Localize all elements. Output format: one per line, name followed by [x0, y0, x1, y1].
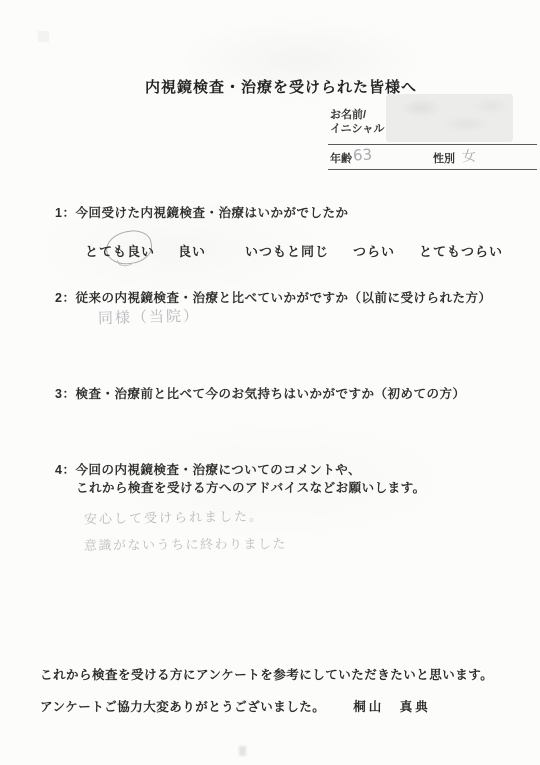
name-field-underline [328, 144, 537, 145]
question-1-label: 1：今回受けた内視鏡検査・治療はいかがでしたか [55, 203, 348, 221]
age-value-handwritten: 63 [352, 145, 372, 164]
question-4-handwritten-line2: 意識がないうちに終わりました [84, 533, 287, 554]
name-label-line2: イニシャル [330, 122, 384, 136]
footer-thanks-text: アンケートご協力大変ありがとうございました。 [40, 700, 325, 714]
option-totemo-yoi: とても良い [85, 241, 155, 260]
scan-artifact-bottom [239, 746, 246, 756]
gender-label: 性別 [433, 150, 455, 166]
footer-note: これから検査を受ける方にアンケートを参考にしていただきたいと思います。 [40, 665, 493, 683]
question-4-handwritten-line1: 安心して受けられました。 [84, 505, 264, 527]
name-value-redaction-patch [386, 94, 513, 142]
name-label-line1: お名前/ [330, 108, 384, 122]
age-label: 年齢 [330, 150, 352, 166]
option-yoi: 良い [178, 241, 206, 260]
scanned-questionnaire-page: 内視鏡検査・治療を受けられた皆様へ お名前/ イニシャル 年齢 63 性別 女 … [0, 0, 540, 765]
question-2-handwritten-answer: 同様（当院） [98, 305, 201, 329]
question-4-label-line2: これから検査を受ける方へのアドバイスなどお願いします。 [76, 478, 426, 496]
name-initial-label: お名前/ イニシャル [330, 108, 384, 136]
signature-name: 桐山 真典 [353, 700, 431, 714]
option-totemo-tsurai: とてもつらい [419, 241, 503, 260]
age-gender-underline [328, 169, 537, 170]
option-tsurai: つらい [353, 241, 395, 260]
question-4-label-line1: 4：今回の内視鏡検査・治療についてのコメントや、 [55, 460, 361, 478]
option-itsumo-to-onaji: いつもと同じ [245, 241, 329, 260]
question-3-label: 3：検査・治療前と比べて今のお気持ちはいかがですか（初めての方） [55, 384, 465, 402]
gender-value-handwritten: 女 [461, 146, 476, 167]
footer-thanks: アンケートご協力大変ありがとうございました。桐山 真典 [40, 697, 431, 715]
question-2-label: 2：従来の内視鏡検査・治療と比べていかがですか（以前に受けられた方） [55, 288, 491, 306]
page-title: 内視鏡検査・治療を受けられた皆様へ [145, 76, 417, 97]
scan-artifact-top [38, 31, 49, 42]
